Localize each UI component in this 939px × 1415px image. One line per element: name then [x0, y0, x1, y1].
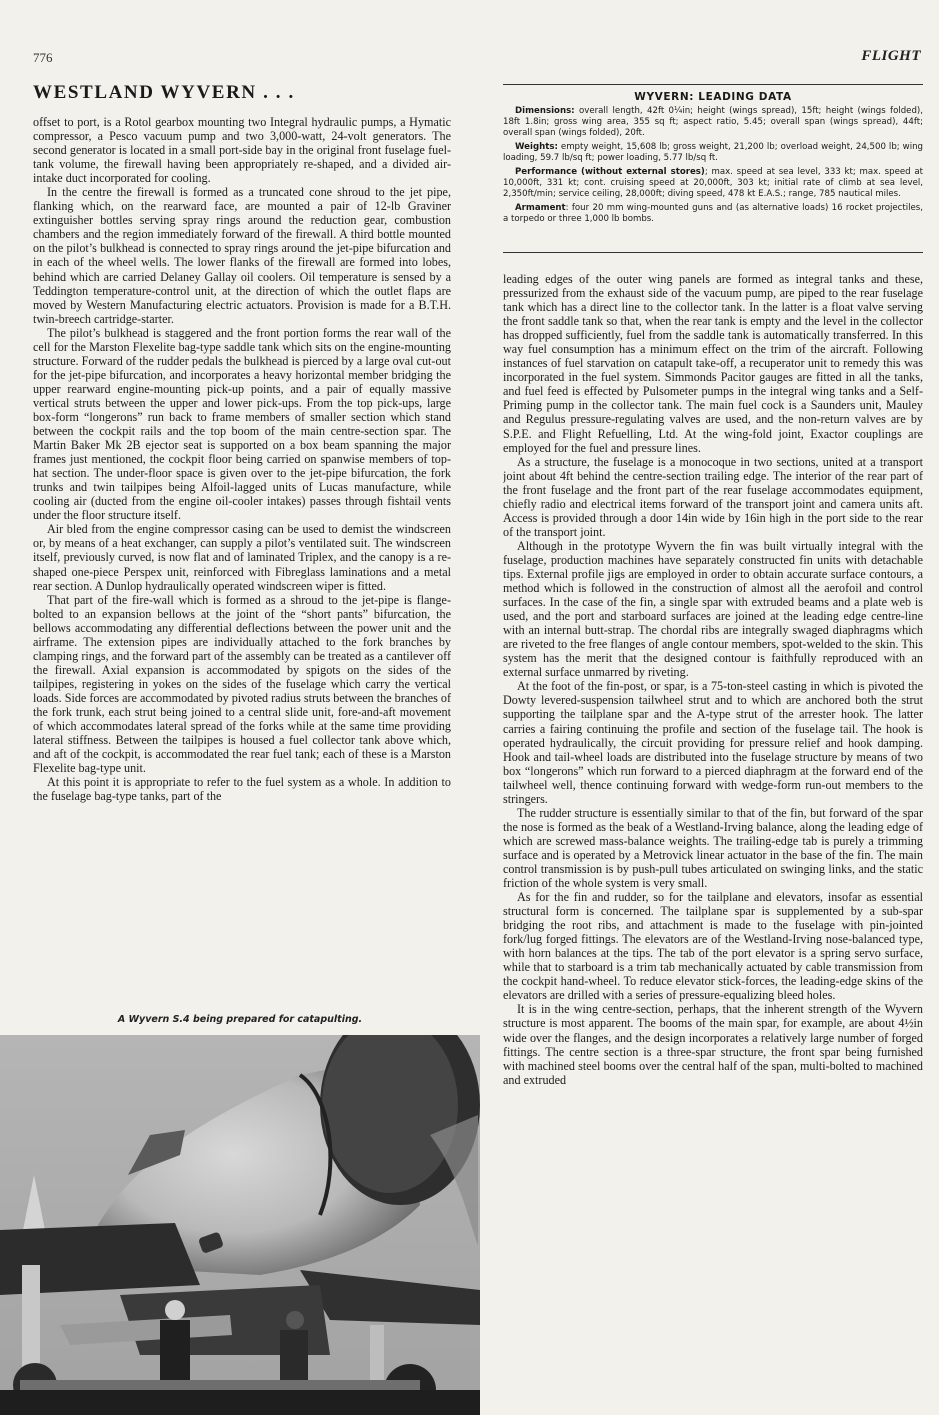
data-text: : four 20 mm wing-mounted guns and (as a… — [503, 203, 923, 224]
right-column: leading edges of the outer wing panels a… — [503, 272, 923, 1112]
aircraft-photo — [0, 1035, 480, 1415]
paragraph: As a structure, the fuselage is a monoco… — [503, 455, 923, 539]
data-box-bottom-rule — [503, 252, 923, 253]
paragraph: Air bled from the engine compressor casi… — [33, 522, 451, 592]
paragraph: Although in the prototype Wyvern the fin… — [503, 539, 923, 679]
paragraph: In the centre the firewall is formed as … — [33, 185, 451, 325]
leading-data-box: WYVERN: LEADING DATA Dimensions: overall… — [503, 92, 923, 228]
data-label: Weights: — [515, 142, 558, 152]
paragraph: That part of the fire-wall which is form… — [33, 593, 451, 776]
article-title: WESTLAND WYVERN . . . — [33, 82, 295, 104]
data-label: Performance (without external stores) — [515, 167, 705, 177]
running-head: FLIGHT — [861, 48, 921, 65]
wyvern-photo-image — [0, 1035, 480, 1415]
left-column: offset to port, is a Rotol gearbox mount… — [33, 115, 451, 995]
data-dimensions: Dimensions: overall length, 42ft 0¼in; h… — [503, 106, 923, 139]
data-text: empty weight, 15,608 lb; gross weight, 2… — [503, 142, 923, 163]
paragraph: offset to port, is a Rotol gearbox mount… — [33, 115, 451, 185]
paragraph: The pilot’s bulkhead is staggered and th… — [33, 326, 451, 523]
paragraph: It is in the wing centre-section, perhap… — [503, 1002, 923, 1086]
figure-caption: A Wyvern S.4 being prepared for catapult… — [0, 1014, 480, 1025]
data-box-top-rule — [503, 84, 923, 85]
leading-data-title: WYVERN: LEADING DATA — [503, 92, 923, 103]
paragraph: As for the fin and rudder, so for the ta… — [503, 890, 923, 1002]
data-weights: Weights: empty weight, 15,608 lb; gross … — [503, 142, 923, 164]
page-number: 776 — [33, 50, 53, 66]
paragraph: At this point it is appropriate to refer… — [33, 775, 451, 803]
paragraph: The rudder structure is essentially simi… — [503, 806, 923, 890]
data-label: Armament — [515, 203, 566, 213]
data-performance: Performance (without external stores); m… — [503, 167, 923, 200]
data-label: Dimensions: — [515, 106, 575, 116]
paragraph: At the foot of the fin-post, or spar, is… — [503, 679, 923, 805]
data-armament: Armament: four 20 mm wing-mounted guns a… — [503, 203, 923, 225]
paragraph: leading edges of the outer wing panels a… — [503, 272, 923, 455]
